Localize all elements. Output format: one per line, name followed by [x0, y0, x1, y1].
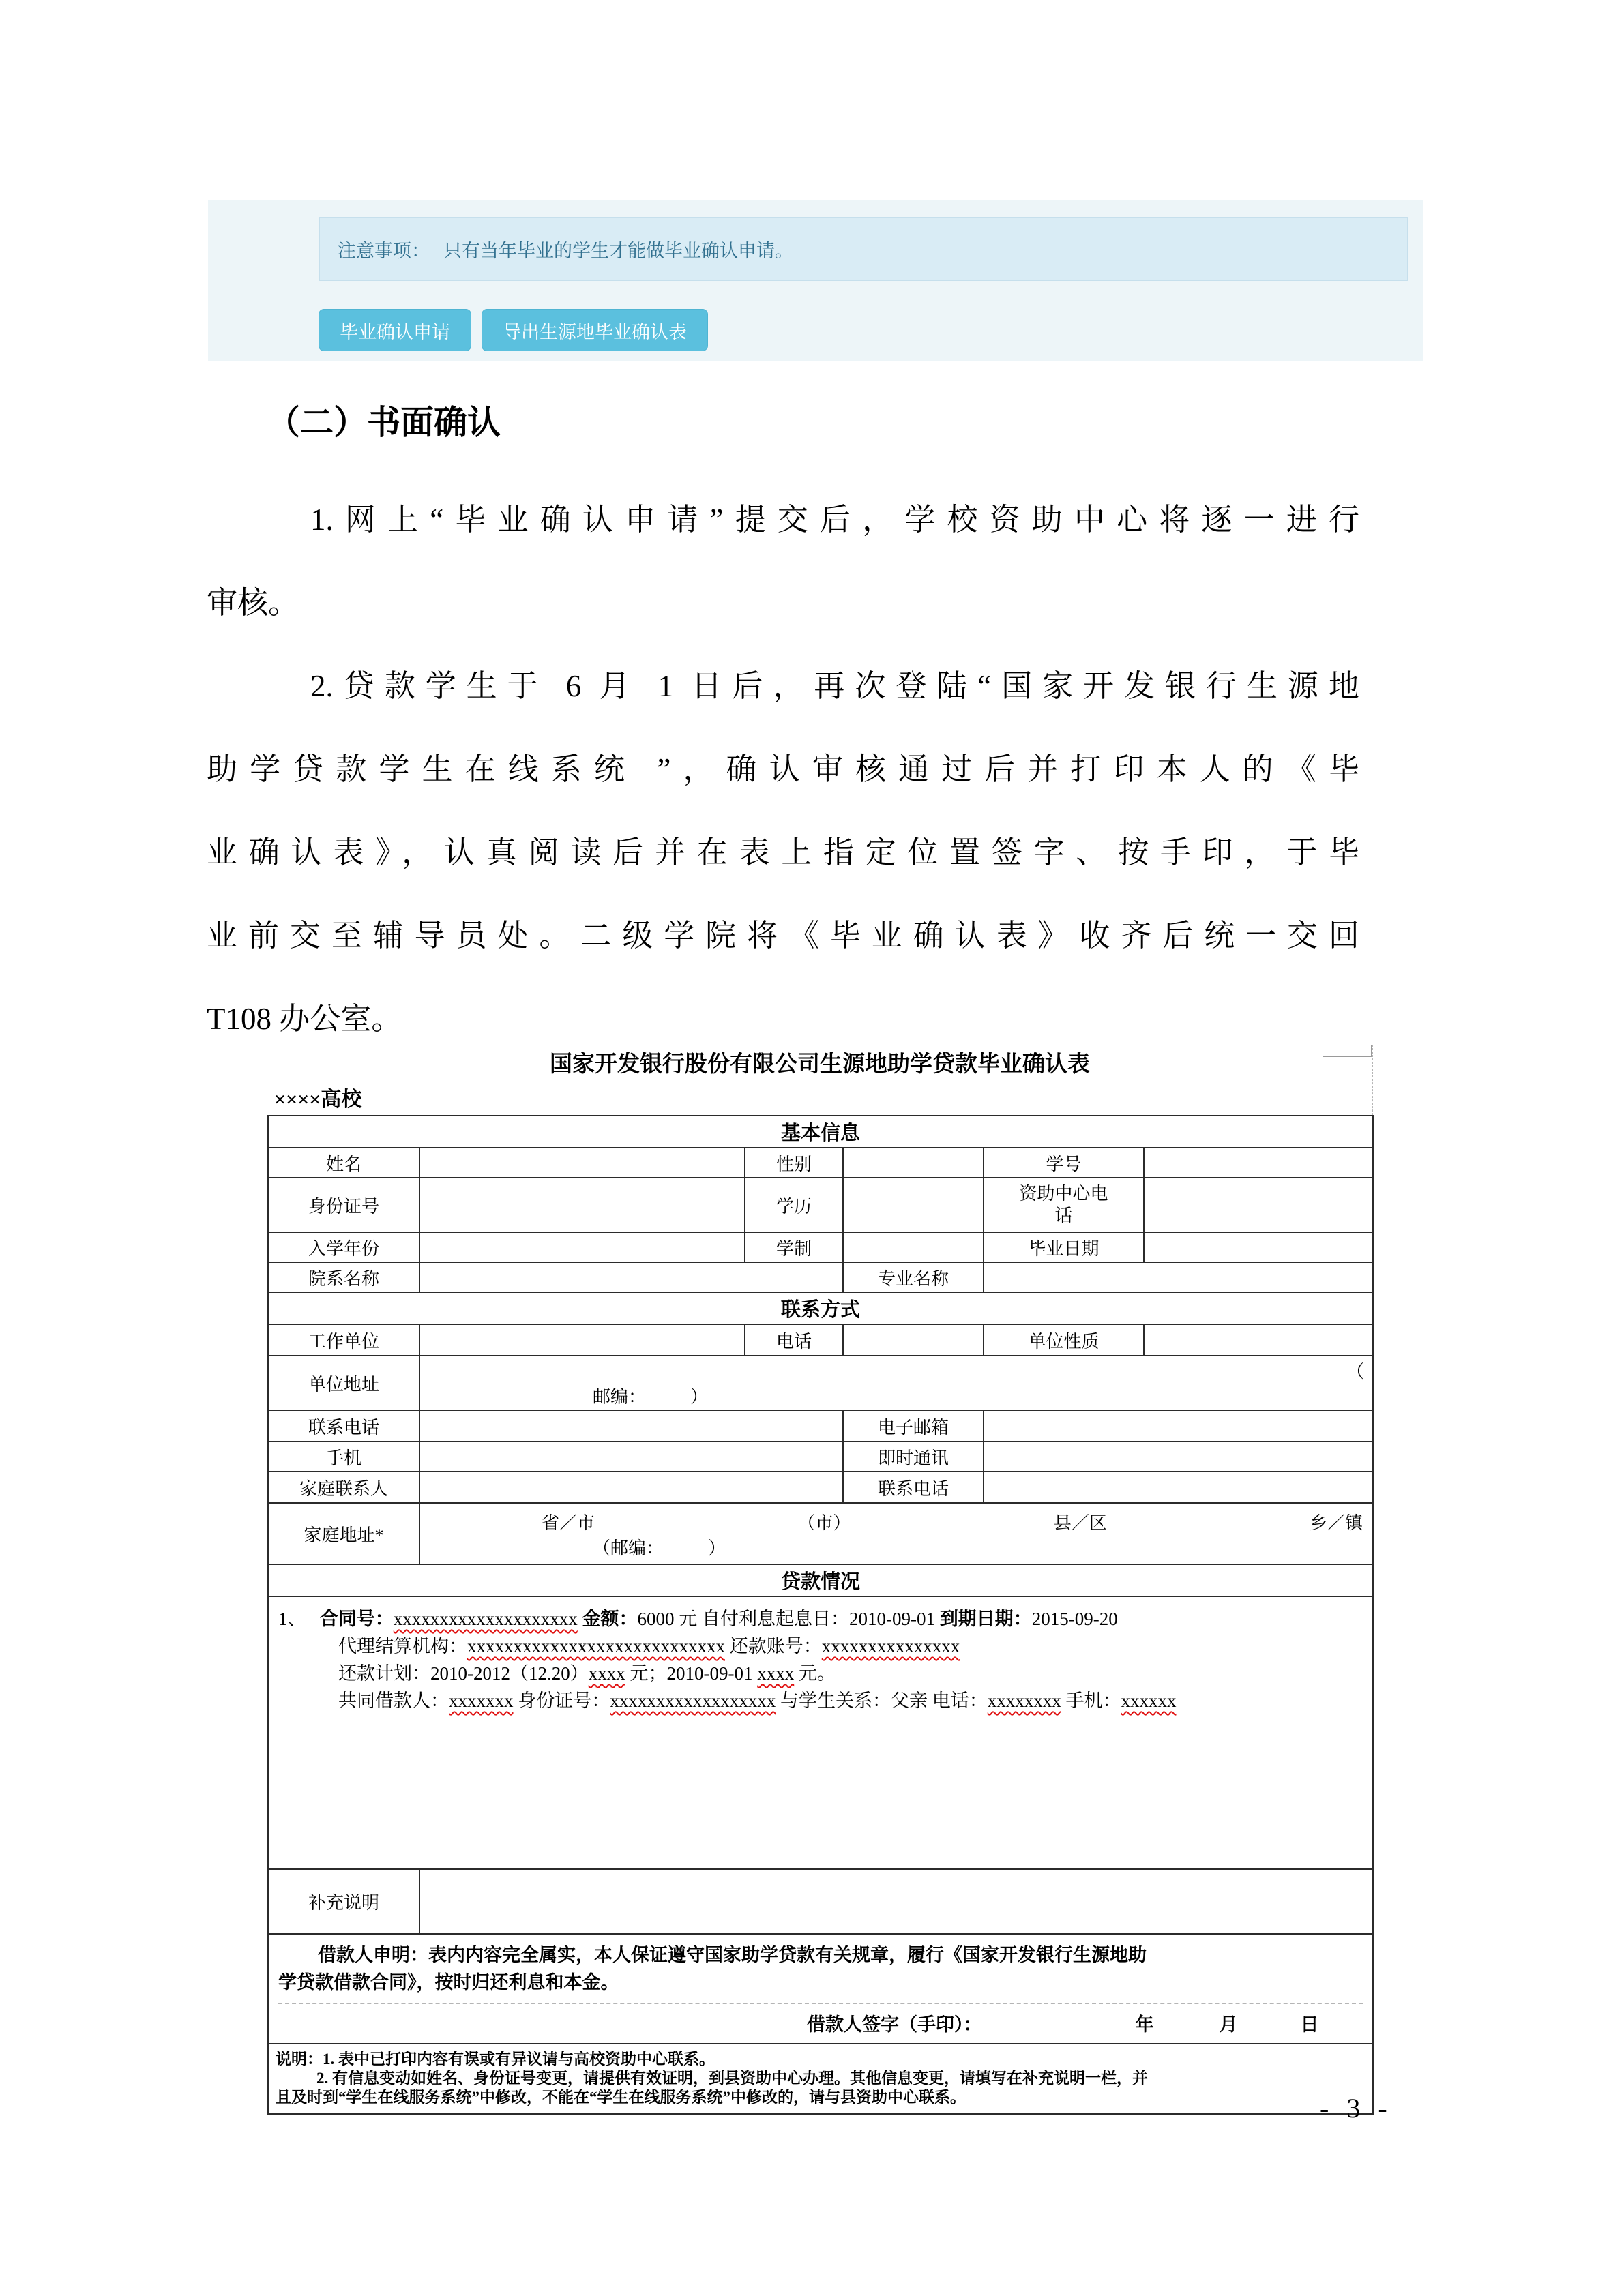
label-employer-type: 单位性质	[984, 1324, 1144, 1356]
form-school: ××××高校	[267, 1079, 1372, 1115]
blank-cell	[419, 1869, 1373, 1934]
loan-line-1: 1、 合同号：xxxxxxxxxxxxxxxxxxxx 金额：6000 元 自付…	[278, 1605, 1363, 1632]
signature-row: 借款人签字（手印）： 年 月 日	[278, 2003, 1363, 2043]
form-table: 基本信息 姓名 性别 学号 身份证号 学历 资助中心电话 入学年份 学	[267, 1115, 1374, 2115]
notice-text: 只有当年毕业的学生才能做毕业确认申请。	[443, 236, 793, 263]
loan-line-3: 还款计划：2010-2012（12.20）xxxx 元；2010-09-01 x…	[278, 1660, 1363, 1687]
label-family-contact: 家庭联系人	[268, 1472, 419, 1503]
blank-cell	[419, 1262, 843, 1292]
label-mobile: 手机	[268, 1442, 419, 1472]
notice-banner: 注意事项： 只有当年毕业的学生才能做毕业确认申请。	[319, 217, 1408, 281]
loan-line-2: 代理结算机构：xxxxxxxxxxxxxxxxxxxxxxxxxxxx 还款账号…	[278, 1632, 1363, 1660]
label-degree: 学历	[745, 1178, 843, 1232]
label-gender: 性别	[745, 1148, 843, 1178]
signature-label: 借款人签字（手印）：	[807, 2010, 982, 2036]
declaration-line-2: 学贷款借款合同》，按时归还利息和本金。	[278, 1969, 1363, 1996]
paragraph-line: 1.网上“毕业确认申请”提交后，学校资助中心将逐一进行	[207, 478, 1359, 561]
body-text: （二）书面确认 1.网上“毕业确认申请”提交后，学校资助中心将逐一进行 审核。 …	[207, 392, 1359, 1060]
export-confirm-form-button[interactable]: 导出生源地毕业确认表	[482, 309, 708, 351]
graduation-confirm-apply-button[interactable]: 毕业确认申请	[319, 309, 471, 351]
blank-cell	[984, 1410, 1373, 1442]
page-number: - 3 -	[1320, 2092, 1387, 2124]
blank-cell	[843, 1178, 984, 1232]
blank-cell	[1144, 1324, 1373, 1356]
paragraph-line: 2.贷款学生于 6 月 1 日后，再次登陆“国家开发银行生源地	[207, 644, 1359, 728]
section-heading: （二）书面确认	[267, 392, 1359, 453]
blank-cell	[419, 1472, 843, 1503]
label-email: 电子邮箱	[843, 1410, 984, 1442]
paragraph-line: 助学贷款学生在线系统 ”，确认审核通过后并打印本人的《毕	[207, 728, 1359, 811]
date-month-label: 月	[1220, 2010, 1238, 2036]
date-day-label: 日	[1301, 2010, 1319, 2036]
confirmation-form-image: 国家开发银行股份有限公司生源地助学贷款毕业确认表 ××××高校 基本信息 姓名 …	[267, 1045, 1373, 2071]
label-schooling: 学制	[745, 1232, 843, 1262]
label-employer-addr: 单位地址	[268, 1356, 419, 1410]
paragraph-line: 审核。	[207, 561, 1359, 644]
label-family-phone: 联系电话	[843, 1472, 984, 1503]
notice-label: 注意事项：	[338, 236, 430, 263]
loan-item-no: 1、	[278, 1609, 306, 1629]
blank-cell	[843, 1324, 984, 1356]
blank-cell	[984, 1262, 1373, 1292]
section-header-loan: 贷款情况	[268, 1564, 1373, 1596]
section-header-basic: 基本信息	[268, 1116, 1373, 1148]
home-addr-postcode: （邮编： ）	[593, 1534, 1367, 1562]
label-student-no: 学号	[984, 1148, 1144, 1178]
document-page: 注意事项： 只有当年毕业的学生才能做毕业确认申请。 毕业确认申请 导出生源地毕业…	[0, 0, 1624, 2296]
home-addr-line1: 省／市 （市） 县／区 乡／镇	[426, 1505, 1367, 1534]
label-im: 即时通讯	[843, 1442, 984, 1472]
label-supplement: 补充说明	[268, 1869, 419, 1934]
blank-cell	[419, 1442, 843, 1472]
blank-cell	[843, 1232, 984, 1262]
label-name: 姓名	[268, 1148, 419, 1178]
label-id-no: 身份证号	[268, 1178, 419, 1232]
section-header-contact: 联系方式	[268, 1292, 1373, 1324]
blank-cell	[1144, 1178, 1373, 1232]
blank-cell	[419, 1232, 745, 1262]
town-label: 乡／镇	[1310, 1509, 1363, 1534]
blank-cell	[419, 1148, 745, 1178]
form-corner-box	[1323, 1045, 1372, 1057]
button-row: 毕业确认申请 导出生源地毕业确认表	[319, 309, 708, 351]
blank-cell	[419, 1324, 745, 1356]
note-line-2: 2. 有信息变动如姓名、身份证号变更，请提供有效证明，到县资助中心办理。其他信息…	[276, 2069, 1365, 2088]
loan-details-cell: 1、 合同号：xxxxxxxxxxxxxxxxxxxx 金额：6000 元 自付…	[268, 1596, 1373, 1869]
declaration-line-1: 借款人申明：表内内容完全属实，本人保证遵守国家助学贷款有关规章，履行《国家开发银…	[278, 1941, 1363, 1969]
postcode-blank: 邮编： ）	[593, 1387, 708, 1410]
paragraph-line: 业确认表》，认真阅读后并在表上指定位置签字、按手印，于毕	[207, 811, 1359, 894]
blank-cell	[984, 1442, 1373, 1472]
blank-cell	[984, 1472, 1373, 1503]
blank-cell	[419, 1178, 745, 1232]
label-home-addr: 家庭地址*	[268, 1503, 419, 1564]
label-contact-phone: 联系电话	[268, 1410, 419, 1442]
note-line-1: 说明：1. 表中已打印内容有误或有异议请与高校资助中心联系。	[276, 2050, 1365, 2069]
note-line-3: 且及时到“学生在线服务系统”中修改，不能在“学生在线服务系统”中修改的，请与县资…	[276, 2088, 1365, 2107]
blank-cell	[1144, 1232, 1373, 1262]
form-title: 国家开发银行股份有限公司生源地助学贷款毕业确认表	[267, 1045, 1372, 1079]
open-paren: （	[426, 1358, 1367, 1383]
loan-line-4: 共同借款人：xxxxxxx 身份证号：xxxxxxxxxxxxxxxxxx 与学…	[278, 1687, 1363, 1714]
notes-cell: 说明：1. 表中已打印内容有误或有异议请与高校资助中心联系。 2. 有信息变动如…	[268, 2044, 1373, 2114]
blank-cell	[419, 1410, 843, 1442]
date-year-label: 年	[1136, 2010, 1154, 2036]
label-major: 专业名称	[843, 1262, 984, 1292]
label-phone: 电话	[745, 1324, 843, 1356]
province-label: 省／市	[542, 1509, 595, 1534]
system-screenshot-panel: 注意事项： 只有当年毕业的学生才能做毕业确认申请。 毕业确认申请 导出生源地毕业…	[208, 200, 1423, 361]
label-employer: 工作单位	[268, 1324, 419, 1356]
employer-addr-cell: （ 邮编： ）	[419, 1356, 1373, 1410]
city-label: （市）	[797, 1509, 851, 1534]
label-enroll-year: 入学年份	[268, 1232, 419, 1262]
label-dept: 院系名称	[268, 1262, 419, 1292]
paragraph-line: 业前交至辅导员处。二级学院将《毕业确认表》收齐后统一交回	[207, 894, 1359, 977]
blank-cell	[843, 1148, 984, 1178]
county-label: 县／区	[1054, 1509, 1107, 1534]
label-grad-date: 毕业日期	[984, 1232, 1144, 1262]
blank-cell	[1144, 1148, 1373, 1178]
label-aid-center-phone: 资助中心电话	[984, 1178, 1144, 1232]
declaration-cell: 借款人申明：表内内容完全属实，本人保证遵守国家助学贷款有关规章，履行《国家开发银…	[268, 1934, 1373, 2044]
home-addr-cell: 省／市 （市） 县／区 乡／镇 （邮编： ）	[419, 1503, 1373, 1564]
